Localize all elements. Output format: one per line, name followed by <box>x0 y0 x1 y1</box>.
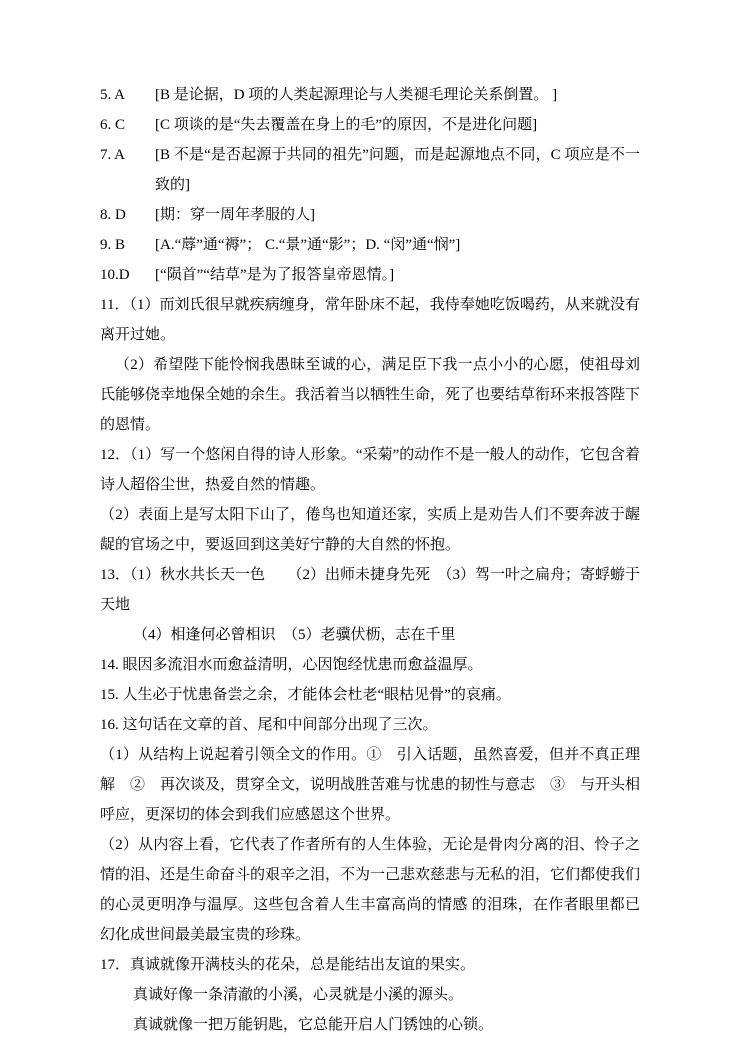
answer-paragraph-16-2: （2）从内容上看，它代表了作者所有的人生体验，无论是骨肉分离的泪、怜子之情的泪、… <box>100 830 640 950</box>
answer-number-label: 6. C <box>100 110 155 140</box>
answer-paragraph-17-1: 17．真诚就像开满枝头的花朵，总是能结出友谊的果实。 <box>100 950 640 980</box>
answer-paragraph-12-1: 12．（1）写一个悠闲自得的诗人形象。“采菊”的动作不是一般人的动作，它包含着诗… <box>100 440 640 500</box>
answer-paragraph-11-1: 11．（1）而刘氏很早就疾病缠身，常年卧床不起，我侍奉她吃饭喝药，从来就没有离开… <box>100 290 640 350</box>
answer-paragraph-13-1: 13．（1）秋水共长天一色 （2）出师未捷身先死 （3）驾一叶之扁舟；寄蜉蝣于天… <box>100 560 640 620</box>
answer-sheet: 5. A [B 是论据，D 项的人类起源理论与人类褪毛理论关系倒置。 ] 6. … <box>100 80 640 1040</box>
answer-note: [“陨首”“结草”是为了报答皇帝恩情。] <box>155 260 640 290</box>
answer-item-6: 6. C [C 项谈的是“失去覆盖在身上的毛”的原因，不是进化问题] <box>100 110 640 140</box>
answer-note: [期：穿一周年孝服的人] <box>155 200 640 230</box>
answer-number-label: 10.D <box>100 260 155 290</box>
answer-note: [A.“蓐”通“褥”； C.“景”通“影”；D. “闵”通“悯”] <box>155 230 640 260</box>
answer-number-label: 5. A <box>100 80 155 110</box>
answer-paragraph-13-2: （4）相逢何必曾相识 （5）老骥伏枥，志在千里 <box>100 620 640 650</box>
answer-paragraph-16: 16. 这句话在文章的首、尾和中间部分出现了三次。 <box>100 710 640 740</box>
answer-item-9: 9. B [A.“蓐”通“褥”； C.“景”通“影”；D. “闵”通“悯”] <box>100 230 640 260</box>
answer-item-7: 7. A [B 不是“是否起源于共同的祖先”问题，而是起源地点不同，C 项应是不… <box>100 140 640 200</box>
answer-note: [B 不是“是否起源于共同的祖先”问题，而是起源地点不同，C 项应是不一致的] <box>155 140 640 200</box>
answer-number-label: 8. D <box>100 200 155 230</box>
answer-paragraph-17-2: 真诚好像一条清澈的小溪，心灵就是小溪的源头。 <box>100 980 640 1010</box>
answer-paragraph-15: 15. 人生必于忧患备尝之余，才能体会杜老“眼枯见骨”的哀痛。 <box>100 680 640 710</box>
answer-item-8: 8. D [期：穿一周年孝服的人] <box>100 200 640 230</box>
answer-paragraph-12-2: （2）表面上是写太阳下山了，倦鸟也知道还家，实质上是劝告人们不要奔波于龌龊的官场… <box>100 500 640 560</box>
answer-paragraph-17-3: 真诚就像一把万能钥匙，它总能开启人门锈蚀的心锁。 <box>100 1010 640 1040</box>
answer-paragraph-11-2: （2）希望陛下能怜悯我愚昧至诚的心，满足臣下我一点小小的心愿，使祖母刘氏能够侥幸… <box>100 350 640 440</box>
answer-item-10: 10.D [“陨首”“结草”是为了报答皇帝恩情。] <box>100 260 640 290</box>
answer-paragraph-16-1: （1）从结构上说起着引领全文的作用。① 引入话题，虽然喜爱，但并不真正理解 ② … <box>100 740 640 830</box>
answer-number-label: 7. A <box>100 140 155 200</box>
answer-note: [C 项谈的是“失去覆盖在身上的毛”的原因，不是进化问题] <box>155 110 640 140</box>
answer-item-5: 5. A [B 是论据，D 项的人类起源理论与人类褪毛理论关系倒置。 ] <box>100 80 640 110</box>
document-page: 5. A [B 是论据，D 项的人类起源理论与人类褪毛理论关系倒置。 ] 6. … <box>0 0 741 1049</box>
answer-note: [B 是论据，D 项的人类起源理论与人类褪毛理论关系倒置。 ] <box>155 80 640 110</box>
answer-paragraph-14: 14. 眼因多流泪水而愈益清明，心因饱经忧患而愈益温厚。 <box>100 650 640 680</box>
answer-number-label: 9. B <box>100 230 155 260</box>
